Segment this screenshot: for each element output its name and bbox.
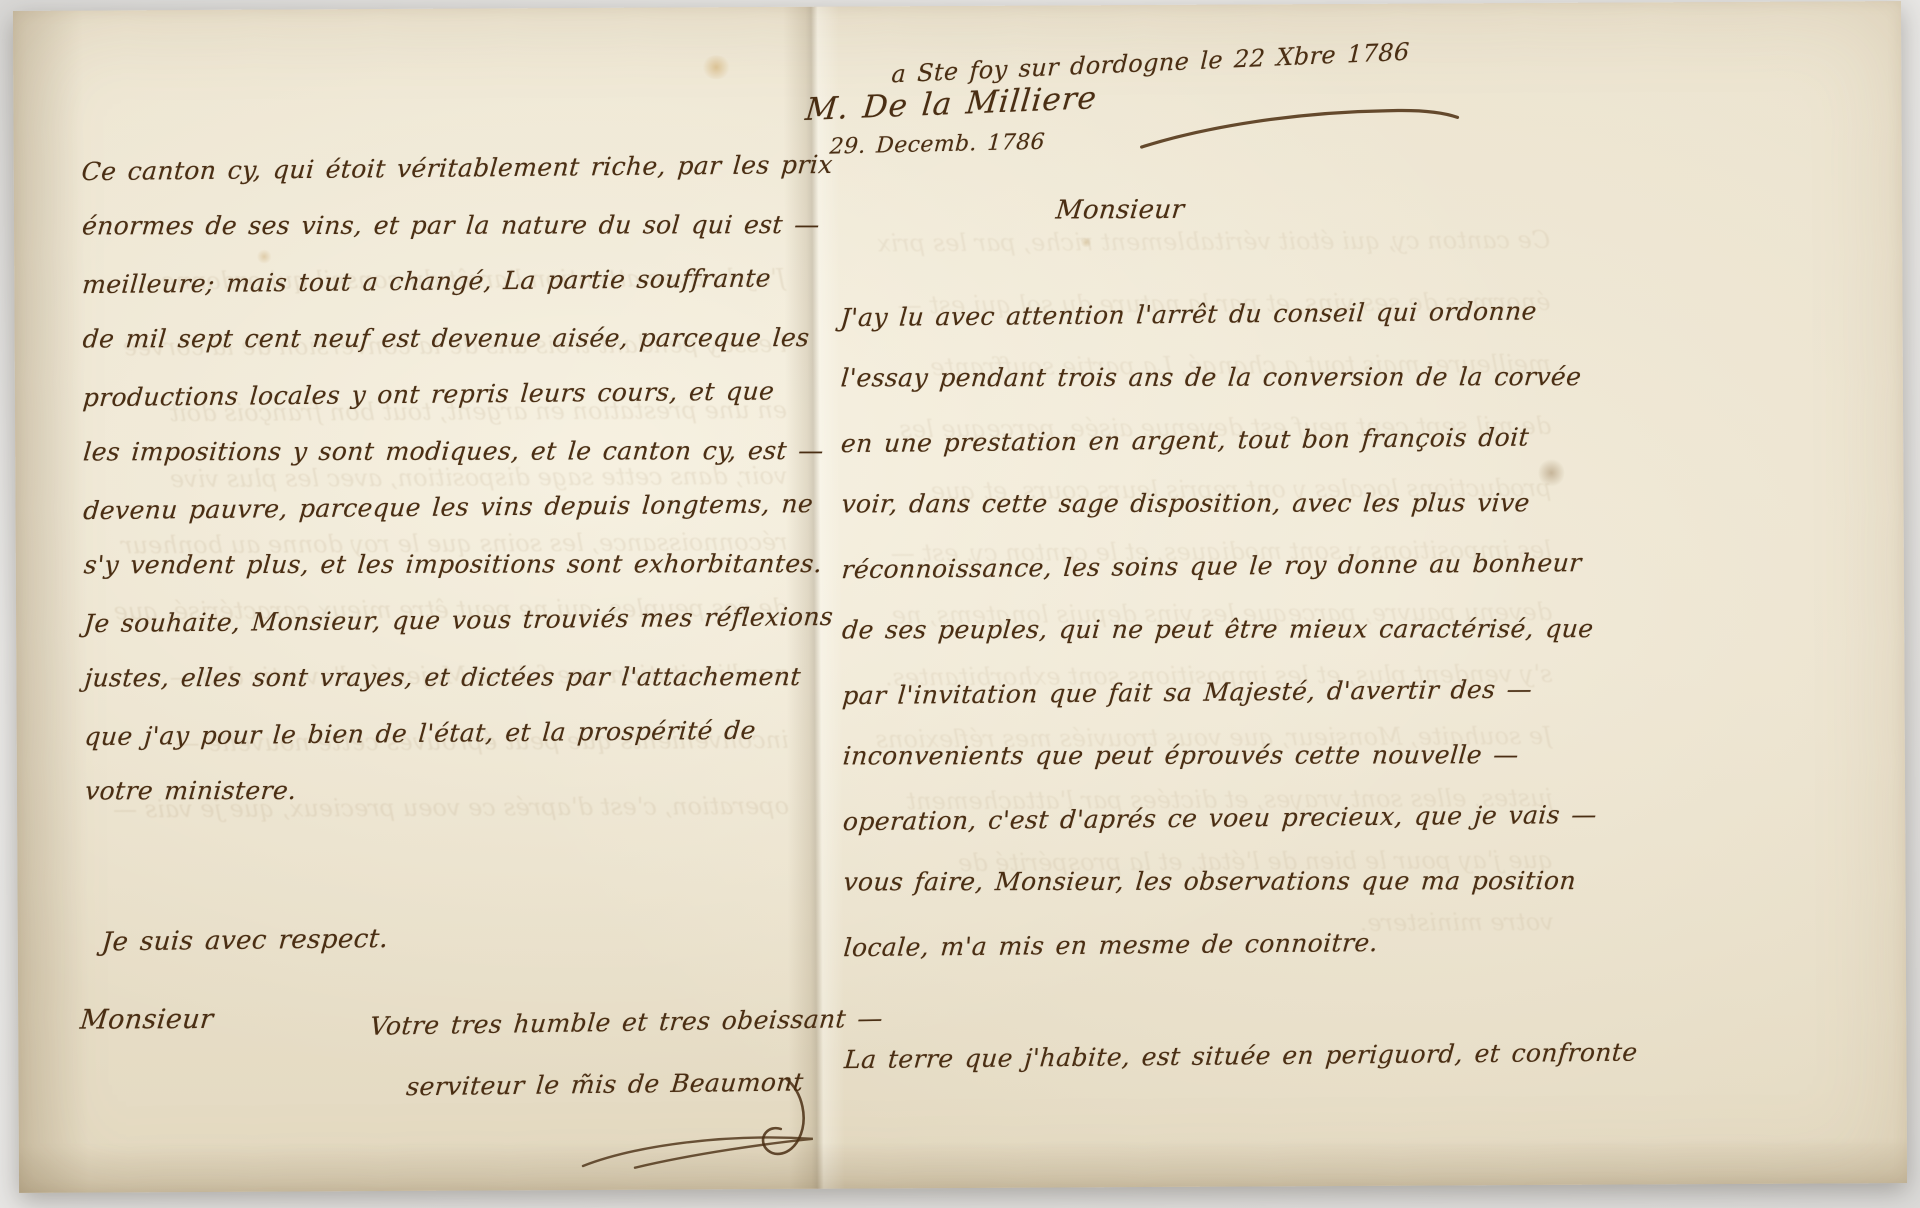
photograph-of-letter: J'ay lu avec attention l'arrêt du consei… <box>0 0 1920 1208</box>
manuscript-line: les impositions y sont modiques, et le c… <box>81 423 792 481</box>
manuscript-line: réconnoissance, les soins que le roy don… <box>839 531 1560 601</box>
valediction-line-2: serviteur le m̃is de Beaumont <box>405 1067 805 1101</box>
paper-edge-shadow <box>13 11 89 1193</box>
manuscript-line: Je souhaite, Monsieur, que vous trouviés… <box>82 589 793 652</box>
recipient-annotation: M. De la Milliere <box>804 80 1099 128</box>
manuscript-line: devenu pauvre, parceque les vins depuis … <box>81 476 792 539</box>
manuscript-line: que j'ay pour le bien de l'état, et la p… <box>82 702 793 765</box>
manuscript-line: inconvenients que peut éprouvés cette no… <box>840 723 1561 787</box>
left-page-body: Ce canton cy, qui étoit véritablement ri… <box>82 139 792 821</box>
foxing-spot <box>701 55 731 79</box>
manuscript-line: meilleure; mais tout a changé, La partie… <box>80 250 791 313</box>
paper-edge-shadow-bottom <box>19 1137 1907 1193</box>
manuscript-line: Ce canton cy, qui étoit véritablement ri… <box>79 137 790 200</box>
manuscript-line: par l'invitation que fait sa Majesté, d'… <box>840 657 1561 727</box>
manuscript-line: La terre que j'habite, est située en per… <box>842 1023 1563 1090</box>
manuscript-line: voir, dans cette sage disposition, avec … <box>839 471 1560 535</box>
dateline: a Ste foy sur dordogne le 22 Xbre 1786 <box>891 38 1410 89</box>
manuscript-line: en une prestation en argent, tout bon fr… <box>839 405 1560 475</box>
right-page-paragraph-2: La terre que j'habite, est située en per… <box>844 1025 1560 1089</box>
date-annotation: 29. Decemb. 1786 <box>829 130 1046 160</box>
dateline-underline-flourish <box>1135 101 1465 157</box>
closing-line: Je suis avec respect. <box>101 924 390 958</box>
manuscript-line: s'y vendent plus, et les impositions son… <box>82 536 793 594</box>
manuscript-line: de mil sept cent neuf est devenue aisée,… <box>80 310 791 368</box>
closing-salutation: Monsieur <box>79 1004 215 1036</box>
right-page-body: J'ay lu avec attention l'arrêt du consei… <box>840 281 1560 978</box>
manuscript-line: justes, elles sont vrayes, et dictées pa… <box>82 649 793 707</box>
manuscript-line: locale, m'a mis en mesme de connoitre. <box>841 909 1562 979</box>
manuscript-line: énormes de ses vins, et par la nature du… <box>80 197 791 255</box>
manuscript-line: vous faire, Monsieur, les observations q… <box>841 849 1562 913</box>
manuscript-line: votre ministere. <box>83 762 794 820</box>
manuscript-line: l'essay pendant trois ans de la conversi… <box>838 345 1559 409</box>
manuscript-paper: J'ay lu avec attention l'arrêt du consei… <box>13 1 1907 1193</box>
salutation: Monsieur <box>1054 195 1185 226</box>
manuscript-line: productions locales y ont repris leurs c… <box>81 363 792 426</box>
manuscript-line: operation, c'est d'aprés ce voeu precieu… <box>841 783 1562 853</box>
manuscript-line: de ses peuples, qui ne peut être mieux c… <box>840 597 1561 661</box>
manuscript-line: J'ay lu avec attention l'arrêt du consei… <box>838 279 1559 349</box>
